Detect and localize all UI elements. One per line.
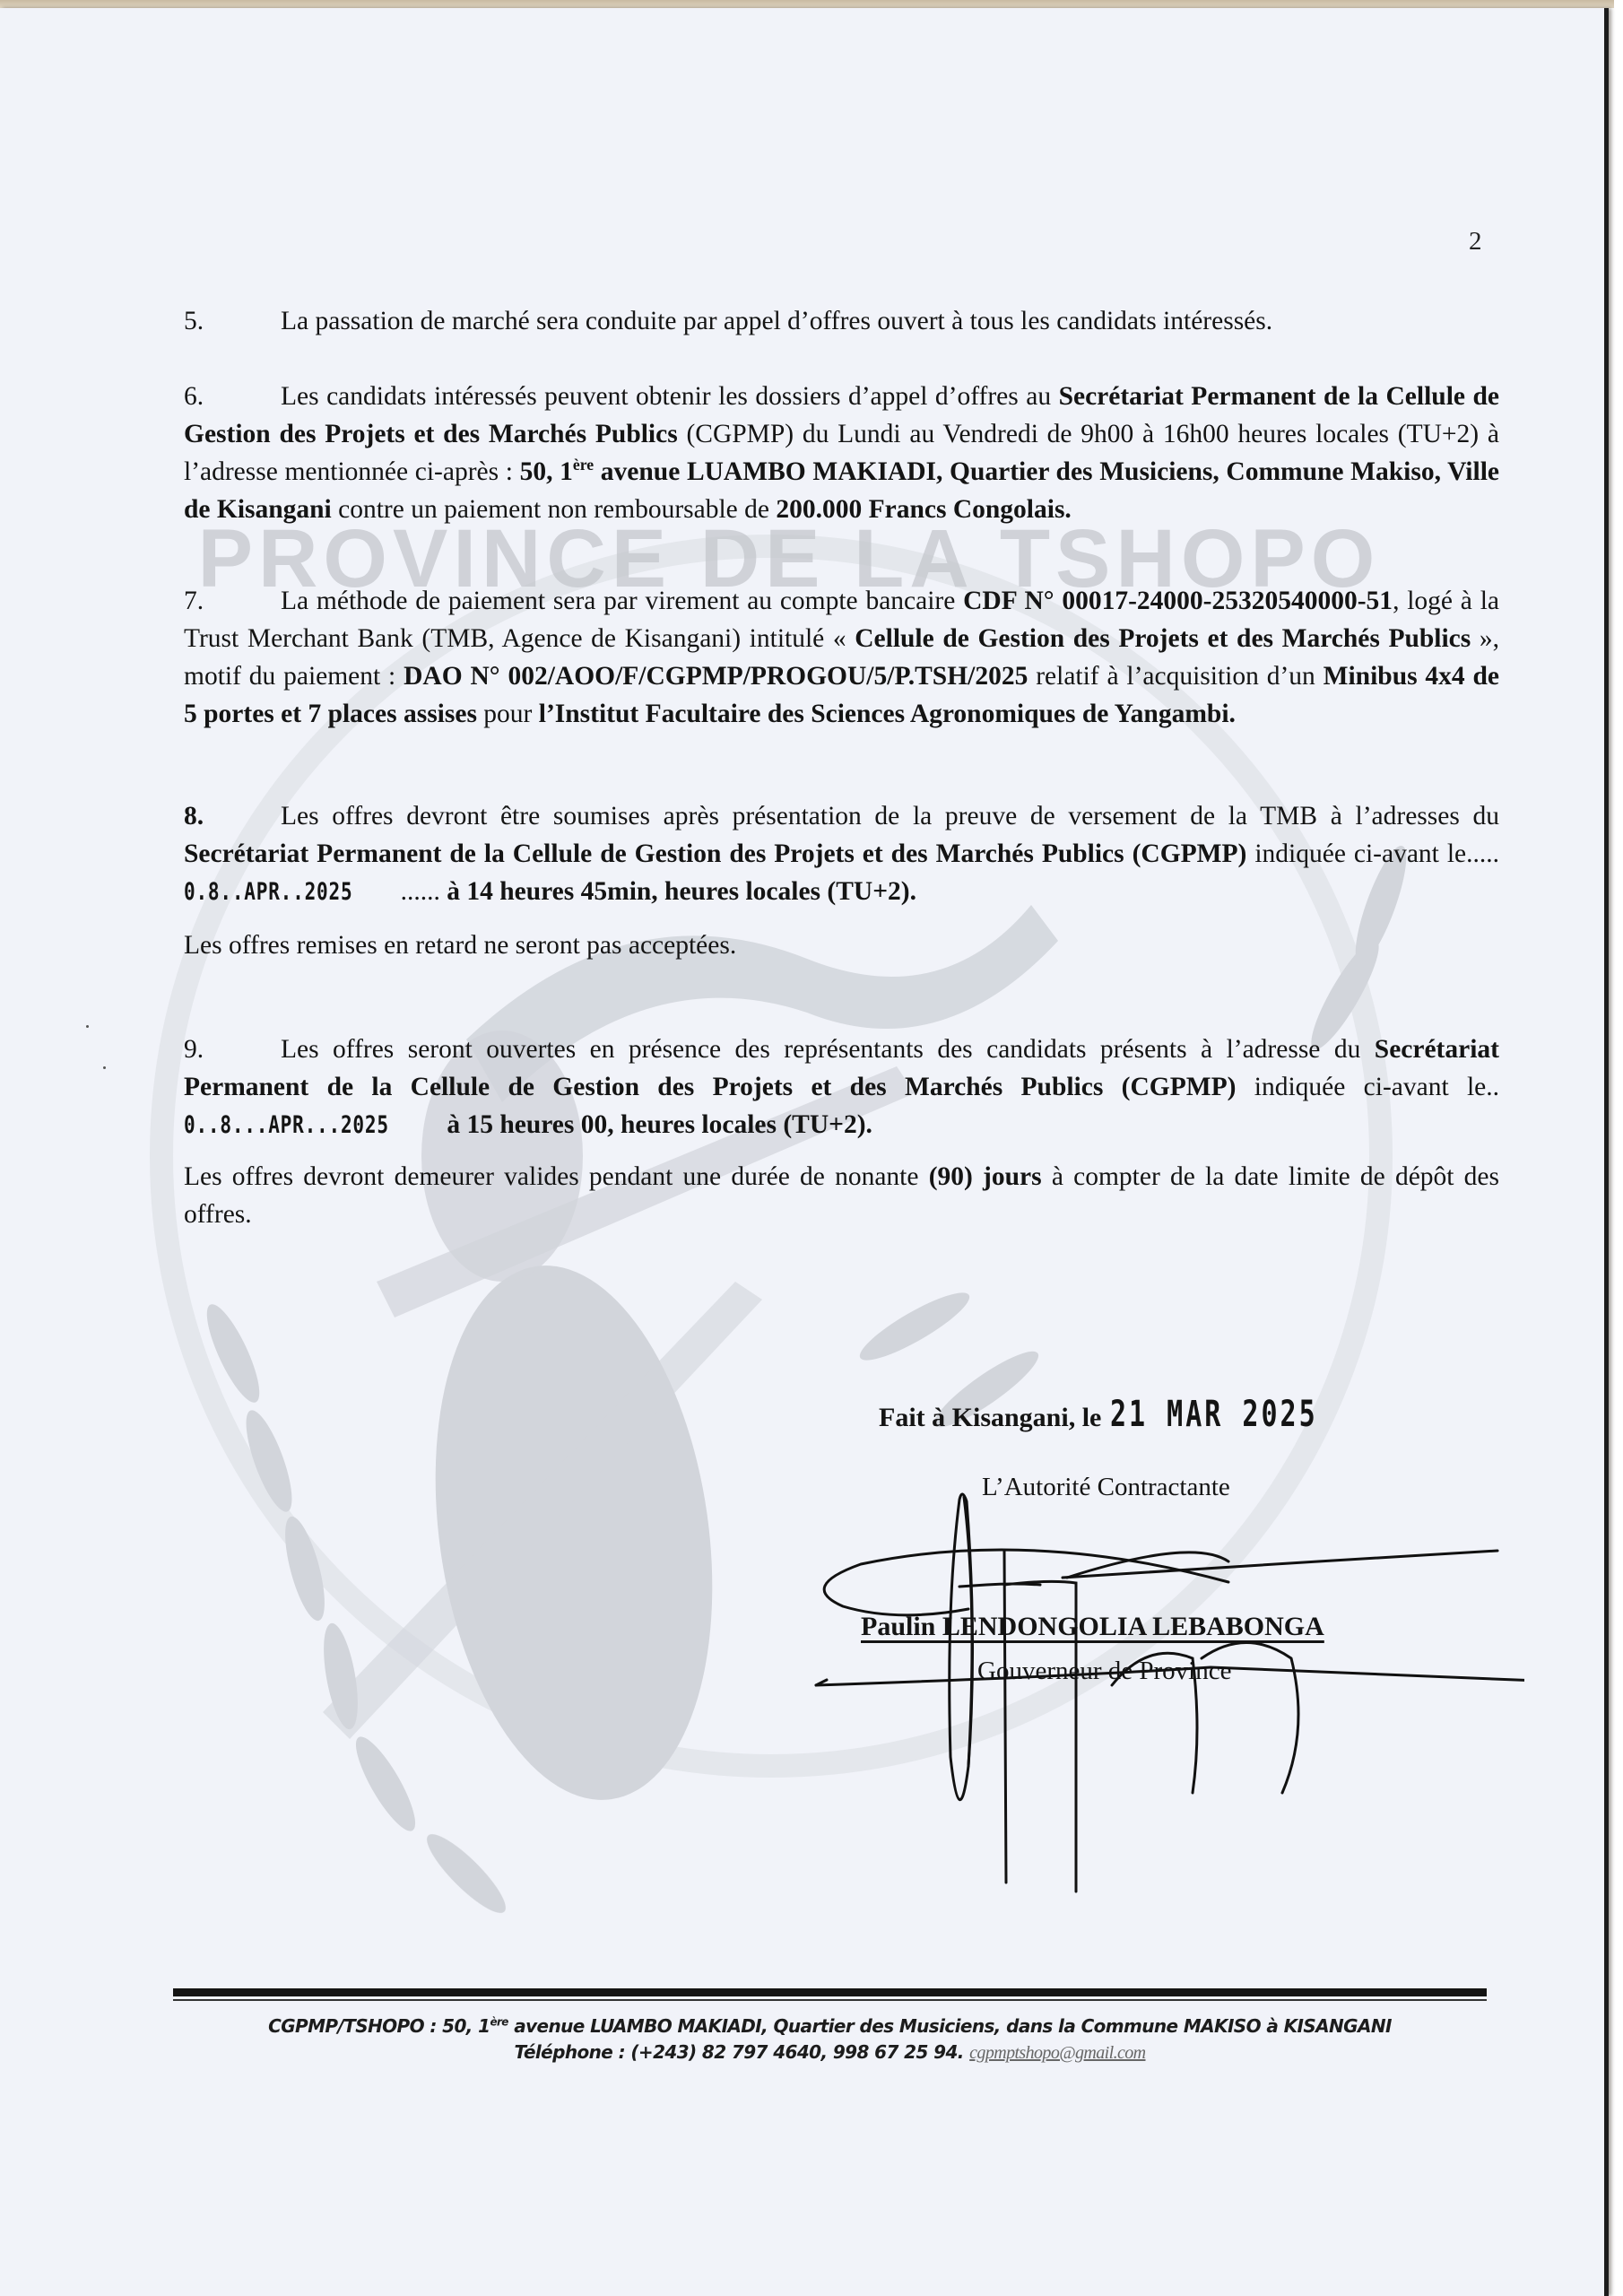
text: Les offres seront ouvertes en présence d… bbox=[281, 1035, 1375, 1064]
paragraph-number: 8. bbox=[184, 797, 281, 835]
text: Les offres remises en retard ne seront p… bbox=[184, 931, 736, 960]
text: pour bbox=[477, 700, 539, 728]
bold-text: (90) jours bbox=[929, 1162, 1042, 1191]
paragraph-5: 5.La passation de marché sera conduite p… bbox=[184, 302, 1499, 340]
date-stamp: 21 MAR 2025 bbox=[1110, 1394, 1318, 1435]
bold-text: 200.000 Francs Congolais. bbox=[776, 495, 1071, 524]
footer-rule bbox=[173, 1988, 1487, 1996]
bold-text: CDF N° 00017-24000-25320540000-51 bbox=[963, 587, 1393, 615]
page-number: 2 bbox=[1469, 227, 1482, 257]
bold-text: DAO N° 002/AOO/F/CGPMP/PROGOU/5/P.TSH/20… bbox=[404, 662, 1028, 691]
paragraph-6: 6.Les candidats intéressés peuvent obten… bbox=[184, 378, 1499, 528]
text: contre un paiement non remboursable de bbox=[332, 495, 777, 524]
place-and-date: Fait à Kisangani, le21 MAR 2025 bbox=[879, 1394, 1387, 1435]
text: Les candidats intéressés peuvent obtenir… bbox=[281, 382, 1059, 411]
document-page: PROVINCE DE LA TSHOPO 2 5.La passation d… bbox=[0, 8, 1609, 2296]
date-stamp: 0..8...APR...2025 bbox=[184, 1107, 389, 1144]
paragraph-8: 8.Les offres devront être soumises après… bbox=[184, 797, 1499, 911]
paragraph-note-4: Les offres remises en retard ne seront p… bbox=[184, 926, 1499, 964]
footer-address: CGPMP/TSHOPO : 50, 1ère avenue LUAMBO MA… bbox=[173, 2013, 1487, 2039]
place-label: Fait à Kisangani, le bbox=[879, 1403, 1101, 1432]
paragraph-7: 7.La méthode de paiement sera par vireme… bbox=[184, 582, 1499, 733]
bold-text: à 15 heures 00, heures locales (TU+2). bbox=[447, 1110, 872, 1139]
bold-text: Cellule de Gestion des Projets et des Ma… bbox=[855, 624, 1471, 653]
signature-block: Fait à Kisangani, le21 MAR 2025 L’Autori… bbox=[807, 1371, 1524, 1927]
footer-contact: Téléphone : (+243) 82 797 4640, 998 67 2… bbox=[173, 2039, 1487, 2066]
text: La passation de marché sera conduite par… bbox=[281, 307, 1272, 335]
scan-speck bbox=[86, 1025, 89, 1028]
paragraph-number: 5. bbox=[184, 302, 281, 340]
scanner-bed-edge bbox=[0, 0, 1614, 8]
text: relatif à l’acquisition d’un bbox=[1028, 662, 1323, 691]
signer-title: Gouverneur de Province bbox=[977, 1657, 1231, 1686]
paragraph-number: 7. bbox=[184, 582, 281, 620]
handwritten-signature-icon bbox=[807, 1371, 1524, 1927]
scan-speck bbox=[103, 1066, 106, 1069]
contracting-authority-label: L’Autorité Contractante bbox=[982, 1473, 1230, 1502]
paragraph-number: 6. bbox=[184, 378, 281, 415]
text: ...... bbox=[401, 877, 447, 906]
bold-text: à 14 heures 45min, heures locales (TU+2)… bbox=[447, 877, 916, 906]
signer-name: Paulin LENDONGOLIA LEBABONGA bbox=[861, 1612, 1324, 1642]
text: Les offres devront demeurer valides pend… bbox=[184, 1162, 929, 1191]
text: indiquée ci-avant le.. bbox=[1236, 1073, 1499, 1101]
bold-text: l’Institut Facultaire des Sciences Agron… bbox=[539, 700, 1236, 728]
paragraph-number: 9. bbox=[184, 1031, 281, 1068]
province-emblem-watermark: PROVINCE DE LA TSHOPO bbox=[0, 8, 1604, 2296]
superscript: ère bbox=[573, 456, 594, 474]
text: Les offres devront être soumises après p… bbox=[281, 802, 1499, 831]
bold-text: 50, 1 bbox=[520, 457, 573, 486]
paragraph-9: 9.Les offres seront ouvertes en présence… bbox=[184, 1031, 1499, 1144]
date-stamp: 0.8..APR..2025 bbox=[184, 874, 352, 911]
email-link[interactable]: cgpmptshopo@gmail.com bbox=[969, 2043, 1145, 2063]
footer-rule-thin bbox=[173, 1999, 1487, 2001]
bold-text: Secrétariat Permanent de la Cellule de G… bbox=[184, 839, 1246, 868]
text: indiquée ci-avant le..... bbox=[1246, 839, 1499, 868]
paragraph-note-6: Les offres devront demeurer valides pend… bbox=[184, 1158, 1499, 1233]
text: La méthode de paiement sera par virement… bbox=[281, 587, 963, 615]
footer: CGPMP/TSHOPO : 50, 1ère avenue LUAMBO MA… bbox=[173, 2013, 1487, 2066]
